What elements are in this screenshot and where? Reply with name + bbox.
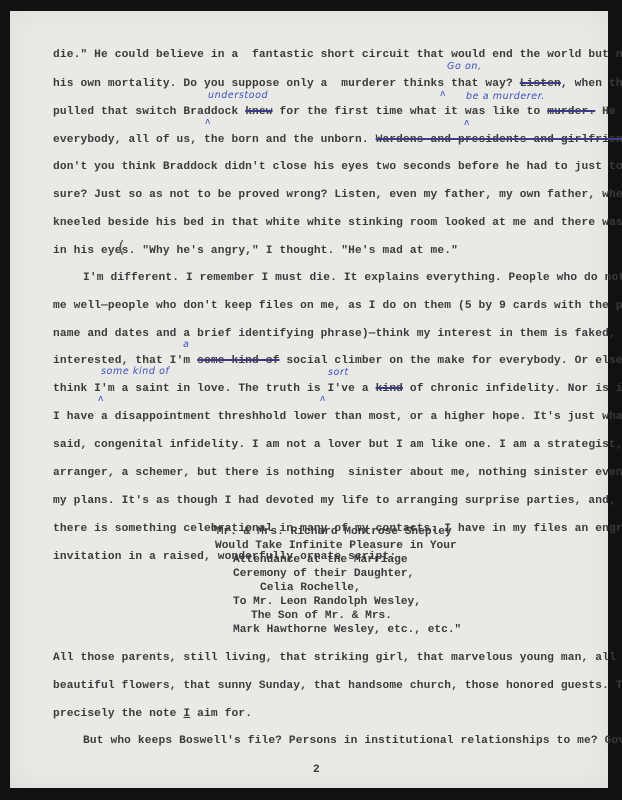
text-line: beautiful flowers, that sunny Sunday, th… bbox=[53, 679, 622, 693]
text-line: I'm different. I remember I must die. It… bbox=[83, 271, 622, 285]
caret-icon: ʌ bbox=[464, 118, 469, 128]
handwritten-some-kind-of: some kind of bbox=[101, 366, 169, 377]
text-line: me well—people who don't keep files on m… bbox=[53, 299, 622, 313]
text-line: think I'm a saint in love. The truth is … bbox=[53, 382, 622, 396]
handwritten-go-on: Go on, bbox=[447, 61, 482, 72]
text-line: All those parents, still living, that st… bbox=[53, 651, 622, 665]
invitation-line: Attendance at the Marriage bbox=[233, 553, 408, 567]
text-line: don't you think Braddock didn't close hi… bbox=[53, 160, 622, 174]
caret-icon: ʌ bbox=[320, 394, 325, 404]
text-line: precisely the note I aim for. bbox=[53, 707, 252, 721]
invitation-line: Ceremony of their Daughter, bbox=[233, 567, 414, 581]
invitation-line: Celia Rochelle, bbox=[260, 581, 361, 595]
caret-icon: ʌ bbox=[205, 117, 210, 127]
struck-text: knew bbox=[245, 106, 272, 118]
text-line: die." He could believe in a fantastic sh… bbox=[53, 48, 622, 62]
handwritten-a: a bbox=[183, 339, 189, 350]
text-line: kneeled beside his bed in that white whi… bbox=[53, 216, 622, 230]
page-number: 2 bbox=[313, 764, 320, 776]
text-line: my plans. It's as though I had devoted m… bbox=[53, 494, 622, 508]
invitation-line: The Son of Mr. & Mrs. bbox=[251, 609, 392, 623]
handwritten-be-a-murderer: be a murderer. bbox=[466, 91, 545, 102]
invitation-line: To Mr. Leon Randolph Wesley, bbox=[233, 595, 421, 609]
invitation-line: "Mr. & Mrs. Richard Montrose Shepley bbox=[210, 525, 452, 539]
text-line: arranger, a schemer, but there is nothin… bbox=[53, 466, 622, 480]
handwritten-understood: understood bbox=[208, 90, 268, 101]
text-line: name and dates and a brief identifying p… bbox=[53, 327, 622, 341]
text-line: But who keeps Boswell's file? Persons in… bbox=[83, 734, 622, 748]
text-line: pulled that switch Braddock knew for the… bbox=[53, 105, 622, 119]
text-line: I have a disappointment threshhold lower… bbox=[53, 410, 622, 424]
handwritten-paragraph-mark: ( bbox=[118, 238, 125, 258]
text-line: everybody, all of us, the born and the u… bbox=[53, 133, 622, 147]
invitation-line: Mark Hawthorne Wesley, etc., etc." bbox=[233, 623, 461, 637]
text-line: sure? Just so as not to be proved wrong?… bbox=[53, 188, 622, 202]
typewritten-page: die." He could believe in a fantastic sh… bbox=[10, 11, 608, 788]
struck-text: kind bbox=[376, 383, 403, 395]
caret-icon: ʌ bbox=[98, 394, 103, 404]
handwritten-sort: sort bbox=[328, 367, 349, 378]
text-line: in his eyes. "Why he's angry," I thought… bbox=[53, 244, 458, 258]
caret-icon: ʌ bbox=[440, 89, 445, 99]
struck-text: some kind of bbox=[197, 355, 279, 367]
struck-text: Wardens and presidents and girlfriends. bbox=[376, 134, 622, 146]
struck-text: Listen bbox=[520, 78, 561, 90]
invitation-line: Would Take Infinite Pleasure in Your bbox=[215, 539, 457, 553]
struck-text: murder. bbox=[547, 106, 595, 118]
text-line: his own mortality. Do you suppose only a… bbox=[53, 77, 622, 91]
text-line: said, congenital infidelity. I am not a … bbox=[53, 438, 622, 452]
